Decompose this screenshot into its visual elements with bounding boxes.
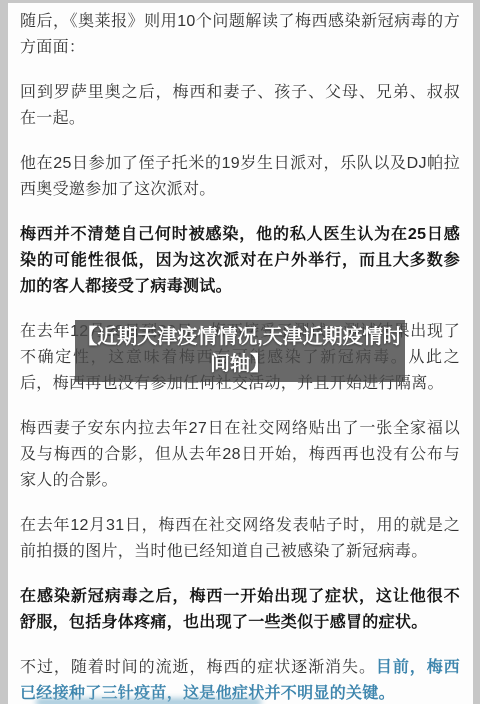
paragraph-text: 不过，随着时间的流逝，梅西的症状逐渐消失。 — [20, 659, 376, 676]
article-page: 随后，《奥莱报》则用10个问题解读了梅西感染新冠病毒的方方面面： 回到罗萨里奥之… — [0, 0, 480, 704]
cropped-text-remnant — [36, 698, 261, 704]
article-paragraph: 梅西妻子安东内拉去年27日在社交网络贴出了一张全家福以及与梅西的合影，但从去年2… — [20, 416, 460, 494]
article-paragraph: 在去年12月31日，梅西在社交网络发表帖子时，用的就是之前拍摄的图片，当时他已经… — [20, 513, 460, 565]
article-paragraph: 不过，随着时间的流逝，梅西的症状逐渐消失。目前，梅西已经接种了三针疫苗，这是他症… — [20, 655, 460, 704]
article-paragraph-emphasis: 在感染新冠病毒之后，梅西一开始出现了症状，这让他很不舒服，包括身体疼痛，也出现了… — [20, 584, 460, 636]
article-paragraph-emphasis: 梅西并不清楚自己何时被感染，他的私人医生认为在25日感染的可能性很低，因为这次派… — [20, 222, 460, 300]
article-paragraph: 随后，《奥莱报》则用10个问题解读了梅西感染新冠病毒的方方面面： — [20, 9, 460, 61]
article-paragraph: 他在25日参加了侄子托米的19岁生日派对，乐队以及DJ帕拉西奥受邀参加了这次派对… — [20, 151, 460, 203]
article-paragraph: 回到罗萨里奥之后，梅西和妻子、孩子、父母、兄弟、叔叔在一起。 — [20, 80, 460, 132]
watermark-overlay-caption: 【近期天津疫情情况,天津近期疫情时间轴】 — [75, 320, 405, 382]
